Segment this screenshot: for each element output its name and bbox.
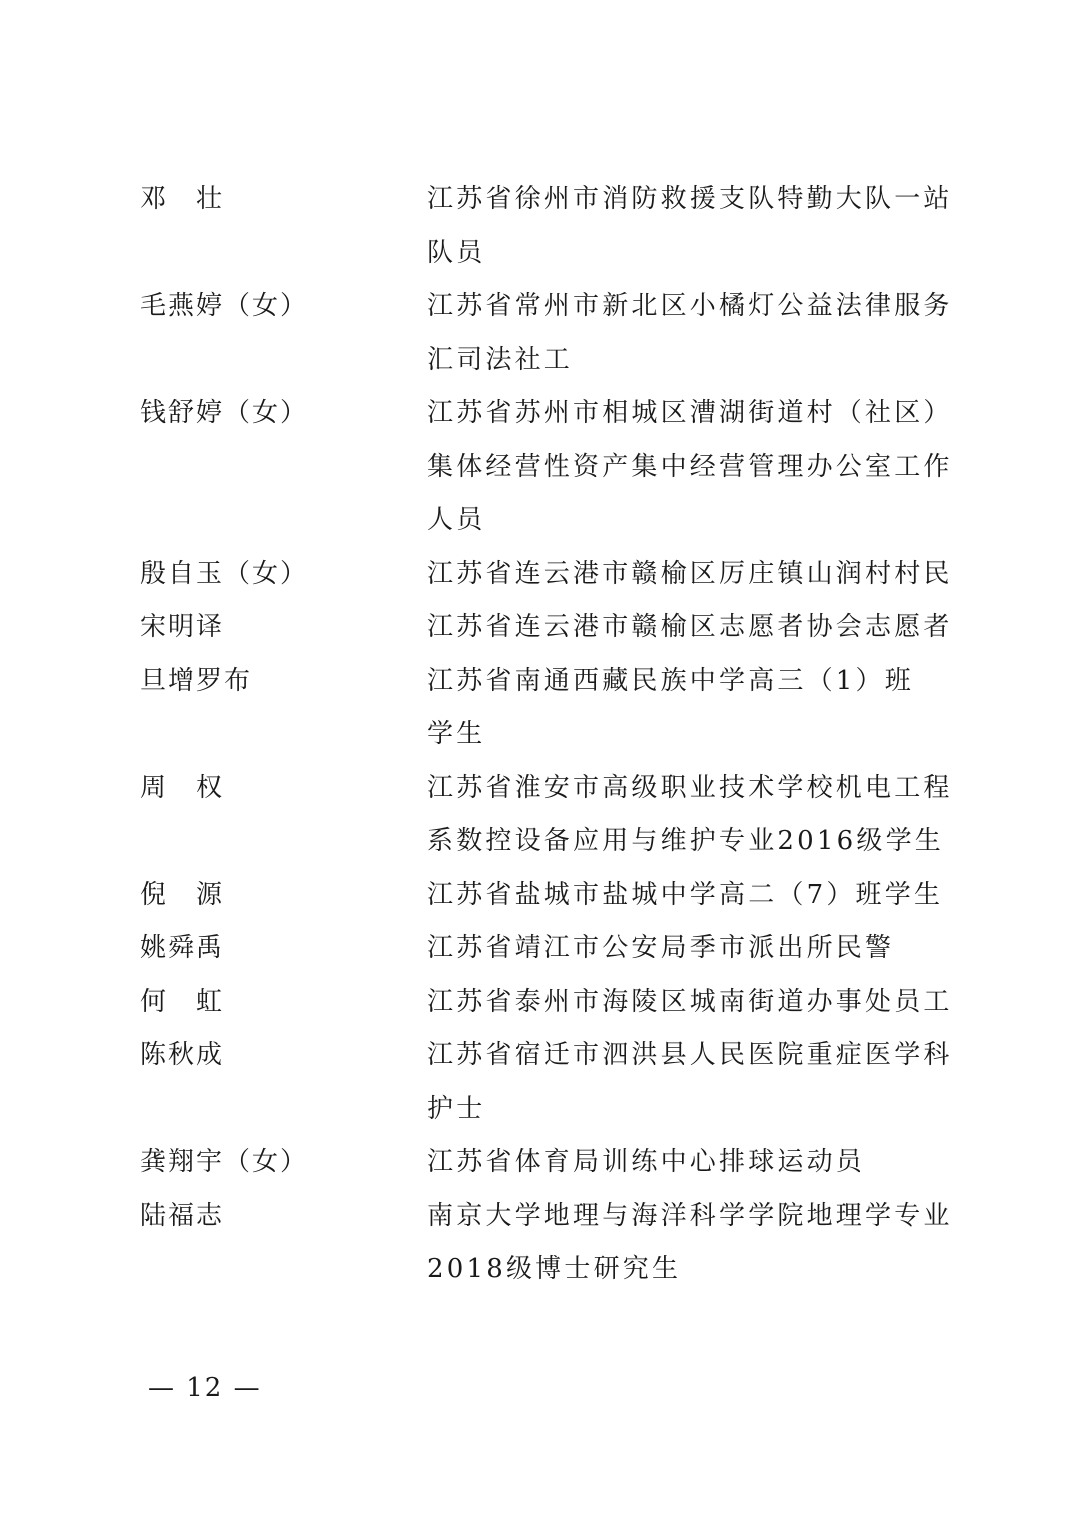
- affiliation-line: 系数控设备应用与维护专业2016级学生: [427, 815, 940, 869]
- person-name: 陆福志: [140, 1190, 427, 1297]
- person-name: 旦增罗布: [140, 655, 427, 762]
- list-item: 姚舜禹 江苏省靖江市公安局季市派出所民警: [140, 922, 940, 976]
- person-name: 姚舜禹: [140, 922, 427, 976]
- list-item: 陆福志 南京大学地理与海洋科学学院地理学专业 2018级博士研究生: [140, 1190, 940, 1297]
- affiliation-line: 江苏省淮安市高级职业技术学校机电工程: [427, 762, 940, 816]
- affiliation: 江苏省苏州市相城区漕湖街道村（社区） 集体经营性资产集中经营管理办公室工作 人员: [427, 387, 940, 548]
- list-item: 殷自玉（女） 江苏省连云港市赣榆区厉庄镇山润村村民: [140, 548, 940, 602]
- affiliation-line: 江苏省徐州市消防救援支队特勤大队一站: [427, 173, 940, 227]
- affiliation-line: 2018级博士研究生: [427, 1243, 940, 1297]
- affiliation-line: 学生: [427, 708, 940, 762]
- affiliation-line: 江苏省泰州市海陵区城南街道办事处员工: [427, 976, 940, 1030]
- affiliation-line: 江苏省体育局训练中心排球运动员: [427, 1136, 940, 1190]
- list-item: 邓 壮 江苏省徐州市消防救援支队特勤大队一站 队员: [140, 173, 940, 280]
- affiliation: 江苏省南通西藏民族中学高三（1）班 学生: [427, 655, 940, 762]
- list-item: 龚翔宇（女） 江苏省体育局训练中心排球运动员: [140, 1136, 940, 1190]
- list-item: 周 权 江苏省淮安市高级职业技术学校机电工程 系数控设备应用与维护专业2016级…: [140, 762, 940, 869]
- affiliation: 江苏省徐州市消防救援支队特勤大队一站 队员: [427, 173, 940, 280]
- affiliation: 江苏省连云港市赣榆区志愿者协会志愿者: [427, 601, 940, 655]
- list-item: 毛燕婷（女） 江苏省常州市新北区小橘灯公益法律服务 汇司法社工: [140, 280, 940, 387]
- person-name: 陈秋成: [140, 1029, 427, 1136]
- affiliation: 江苏省淮安市高级职业技术学校机电工程 系数控设备应用与维护专业2016级学生: [427, 762, 940, 869]
- list-item: 倪 源 江苏省盐城市盐城中学高二（7）班学生: [140, 869, 940, 923]
- affiliation-line: 江苏省宿迁市泗洪县人民医院重症医学科: [427, 1029, 940, 1083]
- affiliation-line: 汇司法社工: [427, 334, 940, 388]
- affiliation: 江苏省体育局训练中心排球运动员: [427, 1136, 940, 1190]
- document-page: 邓 壮 江苏省徐州市消防救援支队特勤大队一站 队员 毛燕婷（女） 江苏省常州市新…: [0, 0, 1080, 1527]
- affiliation-line: 江苏省盐城市盐城中学高二（7）班学生: [427, 869, 940, 923]
- list-item: 宋明译 江苏省连云港市赣榆区志愿者协会志愿者: [140, 601, 940, 655]
- affiliation-line: 队员: [427, 227, 940, 281]
- list-item: 何 虹 江苏省泰州市海陵区城南街道办事处员工: [140, 976, 940, 1030]
- list-item: 钱舒婷（女） 江苏省苏州市相城区漕湖街道村（社区） 集体经营性资产集中经营管理办…: [140, 387, 940, 548]
- affiliation: 江苏省盐城市盐城中学高二（7）班学生: [427, 869, 940, 923]
- person-name: 毛燕婷（女）: [140, 280, 427, 387]
- person-name: 何 虹: [140, 976, 427, 1030]
- affiliation: 江苏省连云港市赣榆区厉庄镇山润村村民: [427, 548, 940, 602]
- person-name: 邓 壮: [140, 173, 427, 280]
- affiliation-line: 江苏省连云港市赣榆区志愿者协会志愿者: [427, 601, 940, 655]
- page-number: — 12 —: [148, 1370, 262, 1406]
- person-name: 周 权: [140, 762, 427, 869]
- affiliation-line: 南京大学地理与海洋科学学院地理学专业: [427, 1190, 940, 1244]
- person-name: 殷自玉（女）: [140, 548, 427, 602]
- person-name: 龚翔宇（女）: [140, 1136, 427, 1190]
- affiliation-line: 江苏省苏州市相城区漕湖街道村（社区）: [427, 387, 940, 441]
- affiliation: 南京大学地理与海洋科学学院地理学专业 2018级博士研究生: [427, 1190, 940, 1297]
- person-name: 宋明译: [140, 601, 427, 655]
- affiliation-line: 集体经营性资产集中经营管理办公室工作: [427, 441, 940, 495]
- affiliation: 江苏省常州市新北区小橘灯公益法律服务 汇司法社工: [427, 280, 940, 387]
- affiliation: 江苏省泰州市海陵区城南街道办事处员工: [427, 976, 940, 1030]
- person-name: 钱舒婷（女）: [140, 387, 427, 548]
- list-item: 旦增罗布 江苏省南通西藏民族中学高三（1）班 学生: [140, 655, 940, 762]
- person-name: 倪 源: [140, 869, 427, 923]
- affiliation-line: 江苏省常州市新北区小橘灯公益法律服务: [427, 280, 940, 334]
- affiliation-line: 江苏省南通西藏民族中学高三（1）班: [427, 655, 940, 709]
- affiliation: 江苏省宿迁市泗洪县人民医院重症医学科 护士: [427, 1029, 940, 1136]
- affiliation-line: 人员: [427, 494, 940, 548]
- affiliation-line: 护士: [427, 1083, 940, 1137]
- list-item: 陈秋成 江苏省宿迁市泗洪县人民医院重症医学科 护士: [140, 1029, 940, 1136]
- affiliation-line: 江苏省靖江市公安局季市派出所民警: [427, 922, 940, 976]
- affiliation: 江苏省靖江市公安局季市派出所民警: [427, 922, 940, 976]
- affiliation-line: 江苏省连云港市赣榆区厉庄镇山润村村民: [427, 548, 940, 602]
- honoree-list: 邓 壮 江苏省徐州市消防救援支队特勤大队一站 队员 毛燕婷（女） 江苏省常州市新…: [140, 173, 940, 1297]
